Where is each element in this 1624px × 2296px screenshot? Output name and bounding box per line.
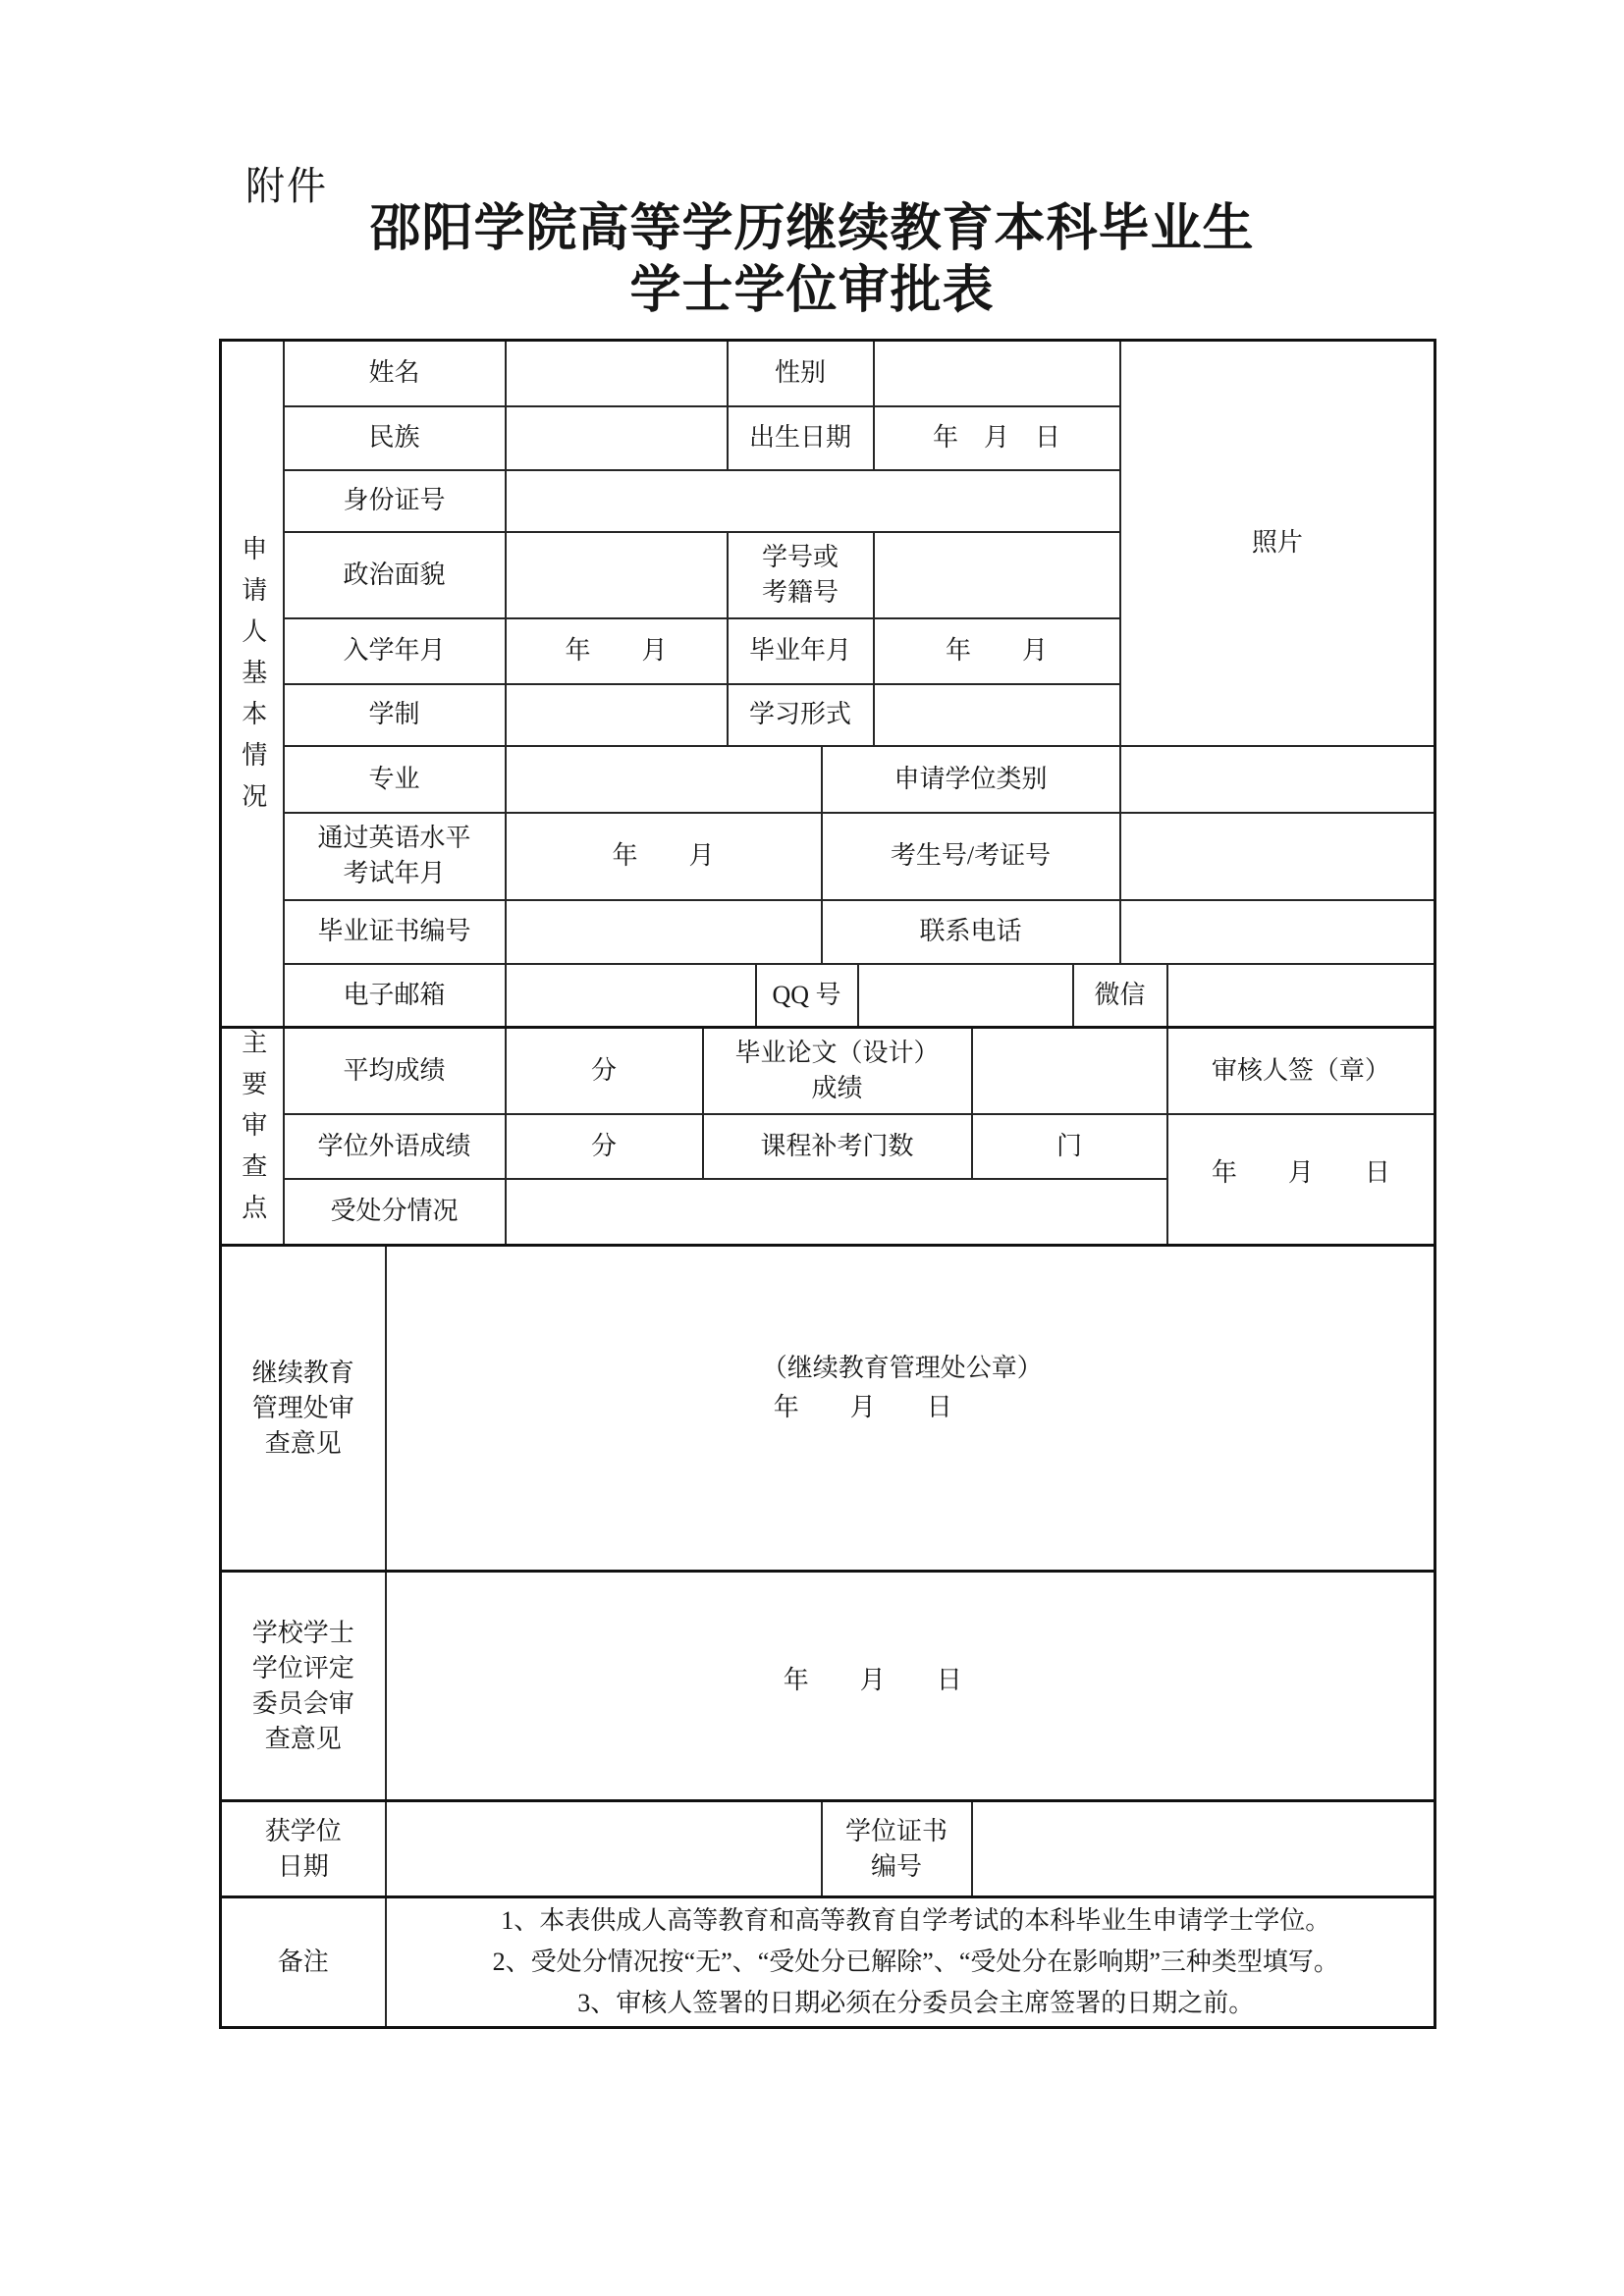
- enrollment-date-hint: 年 月: [506, 618, 728, 684]
- table-row: 通过英语水平 考试年月 年 月 考生号/考证号: [221, 813, 1435, 900]
- id-number-label: 身份证号: [284, 470, 506, 532]
- section-label-basic-info: 申请人基本情况: [221, 341, 284, 1028]
- phone-value-cell: [1120, 900, 1435, 964]
- wechat-value-cell: [1167, 964, 1435, 1028]
- reviewer-date-cell: 年 月 日: [1167, 1114, 1435, 1246]
- foreign-language-score-unit: 分: [506, 1114, 703, 1179]
- english-exam-date-hint: 年 月: [506, 813, 822, 900]
- qq-value-cell: [858, 964, 1073, 1028]
- dept-date-hint: 年 月 日: [387, 1388, 1435, 1427]
- average-score-unit: 分: [506, 1028, 703, 1114]
- reviewer-date-hint: 年 月 日: [1168, 1156, 1435, 1201]
- phone-label: 联系电话: [822, 900, 1120, 964]
- ethnicity-label: 民族: [284, 406, 506, 470]
- remark-note-1: 1、本表供成人高等教育和高等教育自学考试的本科毕业生申请学士学位。: [387, 1900, 1435, 1942]
- table-row: 获学位 日期 学位证书 编号: [221, 1801, 1435, 1897]
- table-row: 学校学士 学位评定 委员会审 查意见 年 月 日: [221, 1572, 1435, 1801]
- exam-number-value-cell: [1120, 813, 1435, 900]
- study-form-value-cell: [874, 684, 1120, 746]
- degree-certificate-number-label: 学位证书 编号: [822, 1801, 972, 1897]
- average-score-label: 平均成绩: [284, 1028, 506, 1114]
- wechat-label: 微信: [1073, 964, 1167, 1028]
- title-line-2: 学士学位审批表: [0, 260, 1624, 322]
- study-form-label: 学习形式: [728, 684, 874, 746]
- makeup-exam-count-label: 课程补考门数: [703, 1114, 972, 1179]
- email-label: 电子邮箱: [284, 964, 506, 1028]
- table-row: 继续教育 管理处审 查意见 （继续教育管理处公章） 年 月 日: [221, 1246, 1435, 1572]
- table-row: 电子邮箱 QQ 号 微信: [221, 964, 1435, 1028]
- table-row: 专业 申请学位类别: [221, 746, 1435, 813]
- degree-award-date-label: 获学位 日期: [221, 1801, 386, 1897]
- birth-date-hint: 年 月 日: [874, 406, 1120, 470]
- remark-note-2: 2、受处分情况按“无”、“受处分已解除”、“受处分在影响期”三种类型填写。: [387, 1942, 1435, 1983]
- student-number-value-cell: [874, 532, 1120, 618]
- foreign-language-score-label: 学位外语成绩: [284, 1114, 506, 1179]
- schooling-length-label: 学制: [284, 684, 506, 746]
- graduation-date-hint: 年 月: [874, 618, 1120, 684]
- diploma-number-value-cell: [506, 900, 822, 964]
- id-number-value-cell: [506, 470, 1120, 532]
- student-number-label: 学号或 考籍号: [728, 532, 874, 618]
- section-label-review-points: 主要审查点: [221, 1028, 284, 1246]
- thesis-score-label: 毕业论文（设计） 成绩: [703, 1028, 972, 1114]
- document-page: 附件 邵阳学院高等学历继续教育本科毕业生 学士学位审批表 申请人基本情况 姓名 …: [0, 0, 1624, 2296]
- gender-value-cell: [874, 341, 1120, 406]
- ethnicity-value-cell: [506, 406, 728, 470]
- degree-type-label: 申请学位类别: [822, 746, 1120, 813]
- diploma-number-label: 毕业证书编号: [284, 900, 506, 964]
- approval-form-table: 申请人基本情况 姓名 性别 照片 民族 出生日期 年 月 日 身份证号 政治面貌…: [219, 339, 1436, 2029]
- makeup-exam-count-unit: 门: [972, 1114, 1167, 1179]
- table-row: 学位外语成绩 分 课程补考门数 门 年 月 日: [221, 1114, 1435, 1179]
- table-row: 主要审查点 平均成绩 分 毕业论文（设计） 成绩 审核人签（章）: [221, 1028, 1435, 1114]
- thesis-score-value-cell: [972, 1028, 1167, 1114]
- committee-date-hint: 年 月 日: [387, 1661, 1435, 1700]
- birth-date-label: 出生日期: [728, 406, 874, 470]
- graduation-date-label: 毕业年月: [728, 618, 874, 684]
- name-label: 姓名: [284, 341, 506, 406]
- table-row: 备注 1、本表供成人高等教育和高等教育自学考试的本科毕业生申请学士学位。 2、受…: [221, 1897, 1435, 2028]
- name-value-cell: [506, 341, 728, 406]
- major-value-cell: [506, 746, 822, 813]
- punishment-status-value-cell: [506, 1179, 1167, 1246]
- email-value-cell: [506, 964, 756, 1028]
- degree-award-date-value-cell: [386, 1801, 822, 1897]
- enrollment-date-label: 入学年月: [284, 618, 506, 684]
- remarks-content-cell: 1、本表供成人高等教育和高等教育自学考试的本科毕业生申请学士学位。 2、受处分情…: [386, 1897, 1435, 2028]
- reviewer-signature-label: 审核人签（章）: [1167, 1028, 1435, 1114]
- remarks-label: 备注: [221, 1897, 386, 2028]
- degree-certificate-number-value-cell: [972, 1801, 1435, 1897]
- document-title: 邵阳学院高等学历继续教育本科毕业生 学士学位审批表: [0, 198, 1624, 322]
- committee-opinion-label: 学校学士 学位评定 委员会审 查意见: [221, 1572, 386, 1801]
- table-row: 毕业证书编号 联系电话: [221, 900, 1435, 964]
- political-status-label: 政治面貌: [284, 532, 506, 618]
- title-line-1: 邵阳学院高等学历继续教育本科毕业生: [0, 198, 1624, 260]
- political-status-value-cell: [506, 532, 728, 618]
- table-row: 申请人基本情况 姓名 性别 照片: [221, 341, 1435, 406]
- english-exam-date-label: 通过英语水平 考试年月: [284, 813, 506, 900]
- dept-opinion-content-cell: （继续教育管理处公章） 年 月 日: [386, 1246, 1435, 1572]
- remark-note-3: 3、审核人签署的日期必须在分委员会主席签署的日期之前。: [387, 1983, 1435, 2024]
- dept-seal-hint: （继续教育管理处公章）: [387, 1349, 1435, 1388]
- qq-label: QQ 号: [756, 964, 858, 1028]
- schooling-length-value-cell: [506, 684, 728, 746]
- major-label: 专业: [284, 746, 506, 813]
- gender-label: 性别: [728, 341, 874, 406]
- exam-number-label: 考生号/考证号: [822, 813, 1120, 900]
- punishment-status-label: 受处分情况: [284, 1179, 506, 1246]
- committee-opinion-content-cell: 年 月 日: [386, 1572, 1435, 1801]
- degree-type-value-cell: [1120, 746, 1435, 813]
- photo-placeholder: 照片: [1120, 341, 1435, 746]
- dept-opinion-label: 继续教育 管理处审 查意见: [221, 1246, 386, 1572]
